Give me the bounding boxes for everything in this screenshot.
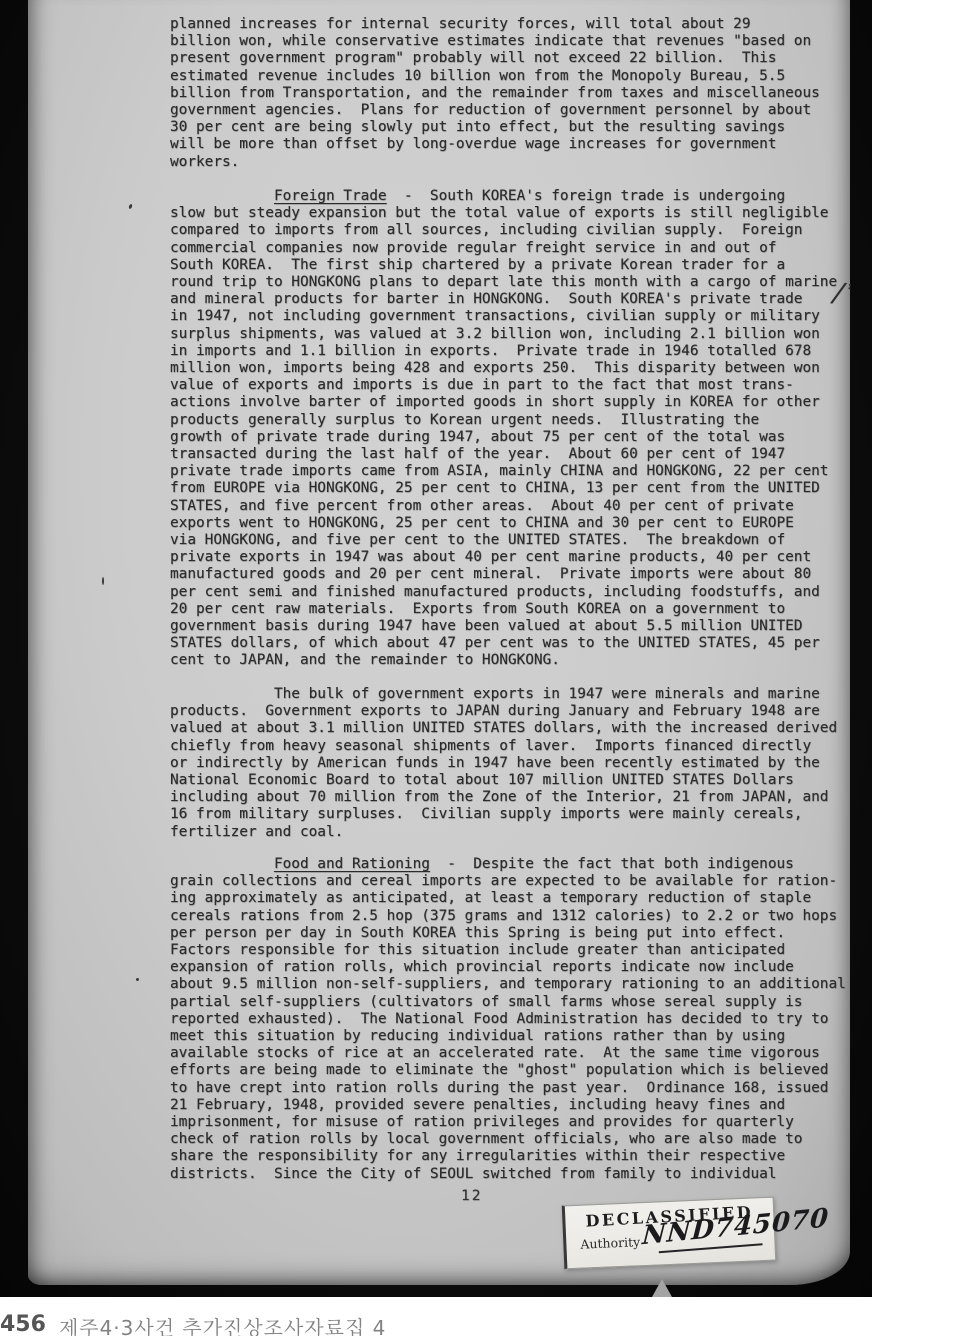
typed-line: cereals rations from 2.5 hop (375 grams …: [170, 908, 846, 925]
typed-line: The bulk of government exports in 1947 w…: [170, 686, 837, 703]
paragraph-food-and-rationing: Food and Rationing - Despite the fact th…: [170, 856, 846, 1183]
typed-line: Food and Rationing - Despite the fact th…: [170, 856, 846, 873]
typed-line: workers.: [170, 154, 820, 171]
typed-line: grain collections and cereal imports are…: [170, 873, 846, 890]
document-page: ·· ·· ···· ·· ··· planned increases for …: [28, 0, 850, 1285]
typed-line: actions involve barter of imported goods…: [170, 394, 854, 411]
typed-line: South KOREA. The first ship chartered by…: [170, 257, 854, 274]
film-speck: [128, 204, 133, 210]
triangle-marker-icon: [652, 1279, 672, 1297]
typed-line: including about 70 million from the Zone…: [170, 789, 837, 806]
typed-line: government basis during 1947 have been v…: [170, 618, 854, 635]
typed-line: exports went to HONGKONG, 25 per cent to…: [170, 515, 854, 532]
stamp-authority-label: Authority: [580, 1234, 640, 1251]
typed-line: manufactured goods and 20 per cent miner…: [170, 566, 854, 583]
typed-line: from EUROPE via HONGKONG, 25 per cent to…: [170, 480, 854, 497]
typed-line: expansion of ration rolls, which provinc…: [170, 959, 846, 976]
typed-line: planned increases for internal security …: [170, 16, 820, 33]
typed-line: National Economic Board to total about 1…: [170, 772, 837, 789]
typed-line: imprisonment, for misuse of ration privi…: [170, 1114, 846, 1131]
section-heading: Food and Rationing: [274, 856, 430, 872]
typed-line: in 1947, not including government transa…: [170, 308, 854, 325]
typed-line: government agencies. Plans for reduction…: [170, 102, 820, 119]
typed-line: efforts are being made to eliminate the …: [170, 1062, 846, 1079]
film-speck: [102, 577, 104, 585]
typed-line: districts. Since the City of SEOUL switc…: [170, 1166, 846, 1183]
typed-line: check of ration rolls by local governmen…: [170, 1131, 846, 1148]
paragraph-foreign-trade: Foreign Trade - South KOREA's foreign tr…: [170, 188, 854, 670]
typed-line: commercial companies now provide regular…: [170, 240, 854, 257]
typed-line: per cent semi and finished manufactured …: [170, 584, 854, 601]
typed-line: products. Government exports to JAPAN du…: [170, 703, 837, 720]
typed-line: meet this situation by reducing individu…: [170, 1028, 846, 1045]
typed-line: slow but steady expansion but the total …: [170, 205, 854, 222]
typed-line: growth of private trade during 1947, abo…: [170, 429, 854, 446]
book-page-number: 456: [0, 1312, 46, 1336]
typed-line: Foreign Trade - South KOREA's foreign tr…: [170, 188, 854, 205]
paragraph-government-exports: The bulk of government exports in 1947 w…: [170, 686, 837, 841]
typed-line: chiefly from heavy seasonal shipments of…: [170, 738, 837, 755]
typed-line: transacted during the last half of the y…: [170, 446, 854, 463]
typed-line: valued at about 3.1 million UNITED STATE…: [170, 720, 837, 737]
typed-line: private exports in 1947 was about 40 per…: [170, 549, 854, 566]
typed-line: 30 per cent are being slowly put into ef…: [170, 119, 820, 136]
typed-line: products generally surplus to Korean urg…: [170, 412, 854, 429]
typed-line: reported exhausted). The National Food A…: [170, 1011, 846, 1028]
typed-line: fertilizer and coal.: [170, 824, 837, 841]
typed-line: share the responsibility for any irregul…: [170, 1148, 846, 1165]
typed-line: Factors responsible for this situation i…: [170, 942, 846, 959]
typed-line: in imports and 1.1 billion in exports. P…: [170, 343, 854, 360]
typed-line: million won, imports being 428 and expor…: [170, 360, 854, 377]
typed-line: estimated revenue includes 10 billion wo…: [170, 68, 820, 85]
typed-line: value of exports and imports is due in p…: [170, 377, 854, 394]
typed-line: billion from Transportation, and the rem…: [170, 85, 820, 102]
typed-line: ing approximately as anticipated, at lea…: [170, 890, 846, 907]
book-title: 제주4·3사건 추가진상조사자료집 4: [59, 1312, 386, 1336]
typed-line: will be more than offset by long-overdue…: [170, 136, 820, 153]
paragraph-revenue: planned increases for internal security …: [170, 16, 820, 171]
typed-line: cent to JAPAN, and the remainder to HONG…: [170, 652, 854, 669]
typed-line: via HONGKONG, and five per cent to the U…: [170, 532, 854, 549]
typed-line: about 9.5 million non-self-suppliers, an…: [170, 976, 846, 993]
scanned-photo-frame: ·· ·· ···· ·· ··· planned increases for …: [0, 0, 872, 1297]
typed-line: per person per day in South KOREA this S…: [170, 925, 846, 942]
typed-line: STATES, and five percent from other area…: [170, 498, 854, 515]
screenshot-canvas: ·· ·· ···· ·· ··· planned increases for …: [0, 0, 976, 1336]
section-heading: Foreign Trade: [274, 188, 387, 204]
typed-line: 16 from military surpluses. Civilian sup…: [170, 806, 837, 823]
typed-line: partial self-suppliers (cultivators of s…: [170, 994, 846, 1011]
typed-line: billion won, while conservative estimate…: [170, 33, 820, 50]
typed-line: 21 February, 1948, provided severe penal…: [170, 1097, 846, 1114]
typed-line: to have crept into ration rolls during t…: [170, 1080, 846, 1097]
declassified-stamp: DECLASSIFIED Authority NND745070: [562, 1197, 776, 1270]
typed-line: and mineral products for barter in HONGK…: [170, 291, 854, 308]
typed-line: 20 per cent raw materials. Exports from …: [170, 601, 854, 618]
typed-line: compared to imports from all sources, in…: [170, 222, 854, 239]
typed-line: surplus shipments, was valued at 3.2 bil…: [170, 326, 854, 343]
book-footer-caption: 456제주4·3사건 추가진상조사자료집 4: [0, 1312, 976, 1336]
page-number: 12: [461, 1188, 482, 1204]
typed-line: private trade imports came from ASIA, ma…: [170, 463, 854, 480]
typed-line: or indirectly by American funds in 1947 …: [170, 755, 837, 772]
typed-line: available stocks of rice at an accelerat…: [170, 1045, 846, 1062]
typed-line: round trip to HONGKONG plans to depart l…: [170, 274, 854, 291]
typed-line: STATES dollars, of which about 47 per ce…: [170, 635, 854, 652]
film-speck: [136, 978, 139, 981]
typed-line: present government program" probably wil…: [170, 50, 820, 67]
